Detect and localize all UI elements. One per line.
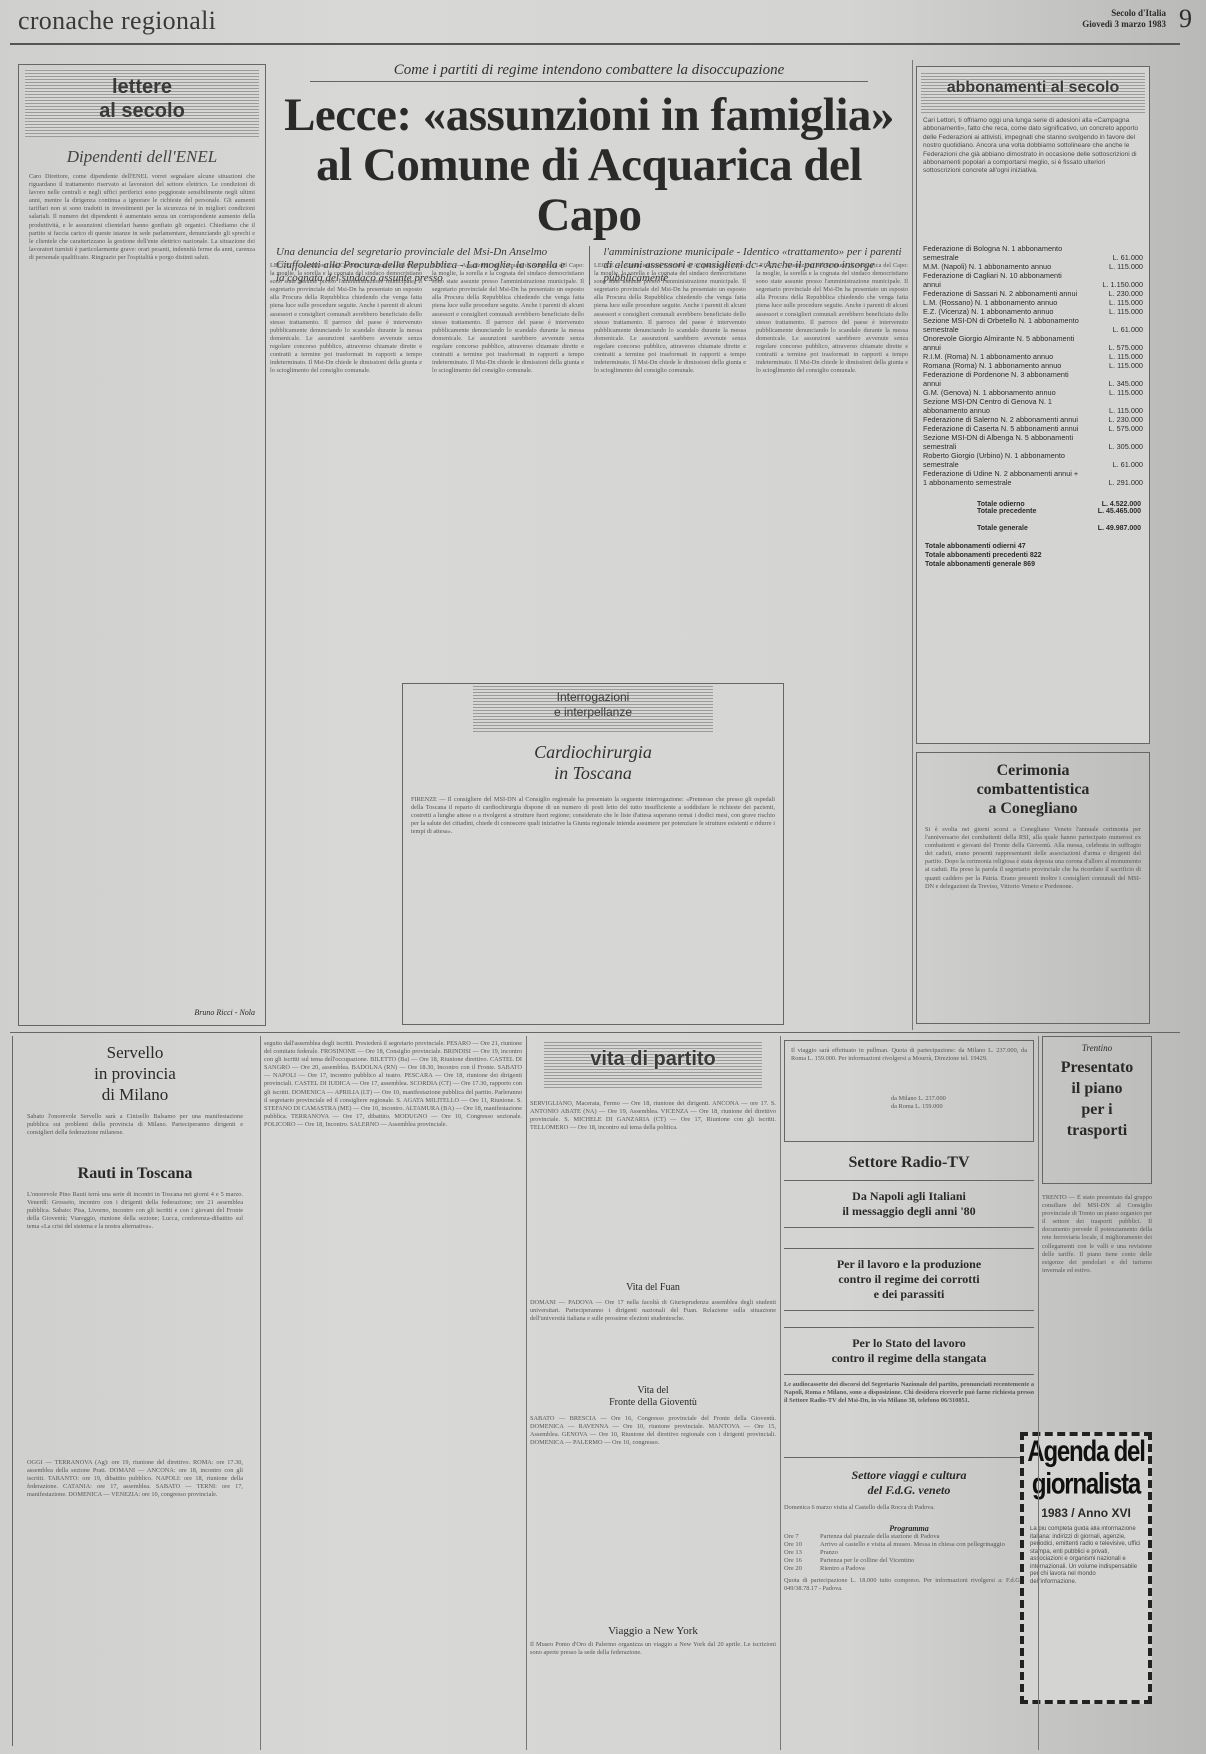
program-time: Ore 20: [784, 1565, 820, 1573]
program-item: Ore 7Partenza dal piazzale della stazion…: [784, 1533, 1034, 1541]
label: Totale precedente: [977, 508, 1036, 515]
entry-amount: L. 61.000: [1081, 253, 1143, 262]
masthead-rule: [10, 43, 1180, 45]
program-time: Ore 13: [784, 1549, 820, 1557]
program-item: Ore 20Rientro a Padova: [784, 1565, 1034, 1573]
subscription-entry: Federazione di Caserta N. 5 abbonamenti …: [923, 424, 1143, 433]
entry-label: Onorevole Giorgio Almirante N. 5 abbonam…: [923, 334, 1081, 352]
title-line: Fronte della Gioventù: [530, 1397, 776, 1409]
viaggio-napoli-box: Il viaggio sarà effettuato in pullman. Q…: [784, 1040, 1034, 1142]
value: L. 49.987.000: [1098, 525, 1141, 532]
line: giornalista: [1024, 1469, 1148, 1502]
newspaper-page: cronache regionali Secolo d'Italia Giove…: [0, 0, 1206, 1754]
entry-label: L.M. (Rossano) N. 1 abbonamento annuo: [923, 298, 1081, 307]
viaggi-note: Quota di partecipazione L. 18.000 tutto …: [784, 1577, 1034, 1617]
vita-partito-rubric: vita di partito: [544, 1040, 762, 1088]
subscription-entry: Federazione di Cagliari N. 10 abbonament…: [923, 271, 1143, 289]
title-line: in provincia: [13, 1063, 257, 1084]
entry-label: Federazione di Bologna N. 1 abbonamento …: [923, 244, 1081, 262]
agenda-title: Agenda del giornalista: [1024, 1436, 1148, 1501]
section-divider: [10, 1032, 1180, 1033]
count-odierni: Totale abbonamenti odierni 47: [925, 542, 1141, 551]
subscription-entry: Sezione MSI-DN di Albenga N. 5 abbonamen…: [923, 433, 1143, 451]
subscription-entry: Onorevole Giorgio Almirante N. 5 abbonam…: [923, 334, 1143, 352]
title-line: Servello: [13, 1042, 257, 1063]
letter-signature: Bruno Ricci - Nola: [194, 1008, 255, 1017]
entry-amount: L. 305.000: [1081, 442, 1143, 451]
program-item: Ore 10Arrivo al castello e visita al mus…: [784, 1541, 1034, 1549]
entry-label: Roberto Giorgio (Urbino) N. 1 abbonament…: [923, 451, 1081, 469]
title-line: Vita del: [530, 1385, 776, 1397]
entry-label: Romana (Roma) N. 1 abbonamento annuo: [923, 361, 1081, 370]
vita-partito-col-1: seguito dall'assemblea degli iscritti. P…: [264, 1040, 522, 1750]
program-text: Partenza dal piazzale della stazione di …: [820, 1533, 1034, 1541]
rubric-line: lettere: [25, 75, 259, 99]
program-text: Rientro a Padova: [820, 1565, 1034, 1573]
lettere-rubric: lettere al secolo: [25, 69, 259, 137]
subscription-entry: Roberto Giorgio (Urbino) N. 1 abbonament…: [923, 451, 1143, 469]
entry-amount: L. 115.000: [1081, 352, 1143, 361]
servello-rauti-column: Servello in provincia di Milano Sabato l…: [12, 1036, 257, 1746]
agenda-body: La più completa guida alla informazione …: [1030, 1526, 1142, 1676]
entry-label: M.M. (Napoli) N. 1 abbonamento annuo: [923, 262, 1081, 271]
viaggi-intro: Domenica 6 marzo visita al Castello dell…: [784, 1504, 1034, 1520]
entry-label: R.I.M. (Roma) N. 1 abbonamento annuo: [923, 352, 1081, 361]
line: Per il lavoro e la produzione: [784, 1257, 1034, 1272]
line: e dei parassiti: [784, 1287, 1034, 1302]
entry-label: Federazione di Salerno N. 2 abbonamenti …: [923, 415, 1081, 424]
interrogazioni-box: Interrogazioni e interpellanze Cardiochi…: [402, 683, 784, 1025]
entry-amount: L. 61.000: [1081, 460, 1143, 469]
rubric-line: Interrogazioni: [473, 690, 713, 705]
line: il piano: [1045, 1078, 1149, 1099]
programma-label: Programma: [784, 1524, 1034, 1533]
entry-amount: L. 115.000: [1081, 307, 1143, 316]
party-events: OGGI — TERRANOVA (Ag): ore 19, riunione …: [27, 1459, 243, 1719]
viaggio-title: Viaggio a New York: [530, 1625, 776, 1637]
title-line: in Toscana: [403, 763, 783, 784]
program-text: Partenza per le colline del Vicentino: [820, 1557, 1034, 1565]
entry-amount: L. 61.000: [1081, 325, 1143, 334]
radio-tv-title: Settore Radio-TV: [784, 1154, 1034, 1181]
subscription-entry: Federazione di Pordenone N. 3 abbonament…: [923, 370, 1143, 388]
radio-tv-box-2: Per il lavoro e la produzione contro il …: [784, 1248, 1034, 1311]
viaggi-title: Settore viaggi e cultura del F.d.G. vene…: [784, 1457, 1034, 1498]
servello-body: Sabato l'onorevole Servello sarà a Cinis…: [27, 1113, 243, 1155]
entry-amount: L. 1.150.000: [1081, 280, 1143, 289]
lettere-column: lettere al secolo Dipendenti dell'ENEL C…: [18, 64, 266, 1026]
rubric-text: vita di partito: [590, 1048, 716, 1070]
radio-tv-box-3: Per lo Stato del lavoro contro il regime…: [784, 1327, 1034, 1375]
entry-label: Federazione di Caserta N. 5 abbonamenti …: [923, 424, 1081, 433]
value: L. 45.465.000: [1098, 508, 1141, 515]
program-time: Ore 7: [784, 1533, 820, 1541]
article-body-col-3: LECCE — Assunzioni nel Comune di Acquari…: [594, 262, 746, 692]
entry-amount: L. 115.000: [1081, 298, 1143, 307]
entry-amount: L. 291.000: [1081, 478, 1143, 487]
entry-label: G.M. (Genova) N. 1 abbonamento annuo: [923, 388, 1081, 397]
abbonamenti-totals: Totale odiernoL. 4.522.000 Totale preced…: [977, 501, 1141, 532]
trentino-column: Trentino Presentato il piano per i trasp…: [1042, 1036, 1152, 1476]
fronte-title: Vita del Fronte della Gioventù: [530, 1385, 776, 1409]
abbonamenti-box: abbonamenti al secolo Cari Lettori, ti o…: [916, 66, 1150, 744]
cerimonia-title: Cerimonia combattentistica a Conegliano: [917, 761, 1149, 818]
viaggio-napoli-prices: da Milano L. 237.000 da Roma L. 159.000: [791, 1095, 1027, 1115]
entry-amount: L. 115.000: [1081, 262, 1143, 271]
rauti-title: Rauti in Toscana: [13, 1165, 257, 1183]
column-rule: [526, 1036, 527, 1750]
subscription-entry: Sezione MSI-DN di Orbetello N. 1 abbonam…: [923, 316, 1143, 334]
title-line: combattentistica: [917, 780, 1149, 799]
label: Totale generale: [977, 525, 1028, 532]
program-item: Ore 13Pranzo: [784, 1549, 1034, 1557]
subscription-entry: M.M. (Napoli) N. 1 abbonamento annuoL. 1…: [923, 262, 1143, 271]
line: Presentato: [1045, 1057, 1149, 1078]
abbonamenti-rubric: abbonamenti al secolo: [921, 73, 1145, 113]
abbonamenti-counts: Totale abbonamenti odierni 47 Totale abb…: [925, 542, 1141, 569]
subscription-entry: Romana (Roma) N. 1 abbonamento annuoL. 1…: [923, 361, 1143, 370]
newspaper-name: Secolo d'Italia: [1082, 8, 1166, 19]
program-time: Ore 16: [784, 1557, 820, 1565]
entry-label: Federazione di Cagliari N. 10 abbonament…: [923, 271, 1081, 289]
line: del F.d.G. veneto: [784, 1483, 1034, 1498]
article-body-col-2: LECCE — Assunzioni nel Comune di Acquari…: [432, 262, 584, 692]
column-rule: [260, 1036, 261, 1750]
vita-partito-top-body: SERVIGLIANO, Macerata, Fermo — Ore 18, r…: [530, 1100, 776, 1250]
trentino-title-box: Trentino Presentato il piano per i trasp…: [1042, 1036, 1152, 1184]
column-rule: [912, 60, 913, 1030]
program-item: Ore 16Partenza per le colline del Vicent…: [784, 1557, 1034, 1565]
label: Totale odierno: [977, 501, 1025, 508]
entry-label: Sezione MSI-DN Centro di Genova N. 1 abb…: [923, 397, 1081, 415]
cerimonia-box: Cerimonia combattentistica a Conegliano …: [916, 752, 1150, 1024]
interrogazioni-rubric: Interrogazioni e interpellanze: [473, 684, 713, 732]
rubric-line: al secolo: [25, 99, 259, 123]
abbonamenti-list: Federazione di Bologna N. 1 abbonamento …: [923, 244, 1143, 487]
line: Agenda del: [1024, 1436, 1148, 1469]
fronte-body: SABATO — BRESCIA — Ore 16, Congresso pro…: [530, 1415, 776, 1615]
title-line: di Milano: [13, 1084, 257, 1105]
totale-precedente-row: Totale precedenteL. 45.465.000: [977, 508, 1141, 515]
entry-amount: L. 345.000: [1081, 379, 1143, 388]
rauti-body: L'onorevole Pino Rauti terrà una serie d…: [27, 1191, 243, 1451]
entry-amount: L. 115.000: [1081, 388, 1143, 397]
title-line: a Conegliano: [917, 799, 1149, 818]
vita-fuan-body: DOMANI — PADOVA — Ore 17 nella facoltà d…: [530, 1299, 776, 1371]
letter-body: Caro Direttore, come dipendente dell'ENE…: [29, 173, 255, 1008]
entry-label: Sezione MSI-DN di Orbetello N. 1 abbonam…: [923, 316, 1081, 334]
radio-tv-column: Il viaggio sarà effettuato in pullman. Q…: [784, 1040, 1034, 1750]
totale-odierno-row: Totale odiernoL. 4.522.000: [977, 501, 1141, 508]
radio-tv-note: Le audiocassette dei discorsi del Segret…: [784, 1381, 1034, 1437]
count-precedenti: Totale abbonamenti precedenti 822: [925, 551, 1141, 560]
cerimonia-body: Si è svolta nei giorni scorsi a Coneglia…: [925, 826, 1141, 1011]
rubric-text: abbonamenti al secolo: [947, 79, 1119, 96]
issue-date: Giovedì 3 marzo 1983: [1082, 19, 1166, 30]
program-text: Arrivo al castello e visita al museo. Me…: [820, 1541, 1034, 1549]
entry-amount: L. 230.000: [1081, 289, 1143, 298]
subscription-entry: Federazione di Udine N. 2 abbonamenti an…: [923, 469, 1143, 487]
letter-title: Dipendenti dell'ENEL: [19, 147, 265, 167]
entry-amount: L. 575.000: [1081, 424, 1143, 433]
agenda-edition: 1983 / Anno XVI: [1024, 1506, 1148, 1520]
servello-title: Servello in provincia di Milano: [13, 1042, 257, 1105]
line: contro il regime dei corrotti: [784, 1272, 1034, 1287]
entry-label: Sezione MSI-DN di Albenga N. 5 abbonamen…: [923, 433, 1081, 451]
subscription-entry: Sezione MSI-DN Centro di Genova N. 1 abb…: [923, 397, 1143, 415]
article-headline: Lecce: «assunzioni in famiglia» al Comun…: [270, 90, 908, 240]
entry-amount: L. 115.000: [1081, 406, 1143, 415]
agenda-ad: Agenda del giornalista 1983 / Anno XVI L…: [1020, 1432, 1152, 1704]
line: per i: [1045, 1099, 1149, 1120]
subscription-entry: Federazione di Sassari N. 2 abbonamenti …: [923, 289, 1143, 298]
price-roma: da Roma L. 159.000: [891, 1103, 1027, 1111]
entry-amount: L. 230.000: [1081, 415, 1143, 424]
subscription-entry: Federazione di Salerno N. 2 abbonamenti …: [923, 415, 1143, 424]
headline-line-2: al Comune di Acquarica del Capo: [270, 140, 908, 240]
subscription-entry: G.M. (Genova) N. 1 abbonamento annuoL. 1…: [923, 388, 1143, 397]
title-line: Cardiochirurgia: [403, 742, 783, 763]
entry-amount: L. 575.000: [1081, 343, 1143, 352]
line: Da Napoli agli Italiani: [784, 1189, 1034, 1204]
line: il messaggio degli anni '80: [784, 1204, 1034, 1219]
vita-partito-col-2: vita di partito SERVIGLIANO, Macerata, F…: [530, 1040, 776, 1750]
line: Per lo Stato del lavoro: [784, 1336, 1034, 1351]
entry-label: Federazione di Sassari N. 2 abbonamenti …: [923, 289, 1081, 298]
trentino-title: Presentato il piano per i trasporti: [1045, 1057, 1149, 1141]
trentino-kicker: Trentino: [1045, 1043, 1149, 1053]
article-kicker: Come i partiti di regime intendono comba…: [310, 62, 868, 82]
subscription-entry: E.Z. (Vicenza) N. 1 abbonamento annuoL. …: [923, 307, 1143, 316]
subscription-entry: Federazione di Bologna N. 1 abbonamento …: [923, 244, 1143, 262]
viaggio-napoli-body: Il viaggio sarà effettuato in pullman. Q…: [791, 1047, 1027, 1095]
column-rule: [780, 1036, 781, 1750]
subscription-entry: R.I.M. (Roma) N. 1 abbonamento annuoL. 1…: [923, 352, 1143, 361]
page-number: 9: [1179, 4, 1192, 34]
totale-generale-row: Totale generaleL. 49.987.000: [977, 525, 1141, 532]
entry-label: Federazione di Pordenone N. 3 abbonament…: [923, 370, 1081, 388]
vita-fuan-title: Vita del Fuan: [530, 1282, 776, 1293]
subscription-entry: L.M. (Rossano) N. 1 abbonamento annuoL. …: [923, 298, 1143, 307]
viaggio-body: Il Museo Pomo d'Oro di Palermo organizza…: [530, 1641, 776, 1681]
line: trasporti: [1045, 1120, 1149, 1141]
abbonamenti-intro: Cari Lettori, ti offriamo oggi una lunga…: [923, 117, 1143, 242]
price-milano: da Milano L. 237.000: [891, 1095, 1027, 1103]
program-time: Ore 10: [784, 1541, 820, 1549]
count-generale: Totale abbonamenti generale 869: [925, 560, 1141, 569]
program-text: Pranzo: [820, 1549, 1034, 1557]
entry-label: E.Z. (Vicenza) N. 1 abbonamento annuo: [923, 307, 1081, 316]
rubric-line: e interpellanze: [473, 705, 713, 720]
interrogazioni-body: FIRENZE — Il consigliere del MSI-DN al C…: [411, 796, 775, 1018]
entry-label: Federazione di Udine N. 2 abbonamenti an…: [923, 469, 1081, 487]
value: L. 4.522.000: [1102, 501, 1141, 508]
article-body-col-1: LECCE — Assunzioni nel Comune di Acquari…: [270, 262, 422, 1027]
line: Settore viaggi e cultura: [784, 1468, 1034, 1483]
radio-tv-box-1: Da Napoli agli Italiani il messaggio deg…: [784, 1189, 1034, 1228]
column-rule: [1038, 1036, 1039, 1750]
section-title: cronache regionali: [18, 6, 216, 36]
title-line: Cerimonia: [917, 761, 1149, 780]
interrogazioni-title: Cardiochirurgia in Toscana: [403, 742, 783, 784]
masthead-info: Secolo d'Italia Giovedì 3 marzo 1983: [1082, 8, 1166, 30]
entry-amount: L. 115.000: [1081, 361, 1143, 370]
headline-line-1: Lecce: «assunzioni in famiglia»: [270, 90, 908, 140]
line: contro il regime della stangata: [784, 1351, 1034, 1366]
viaggi-program: Ore 7Partenza dal piazzale della stazion…: [784, 1533, 1034, 1573]
